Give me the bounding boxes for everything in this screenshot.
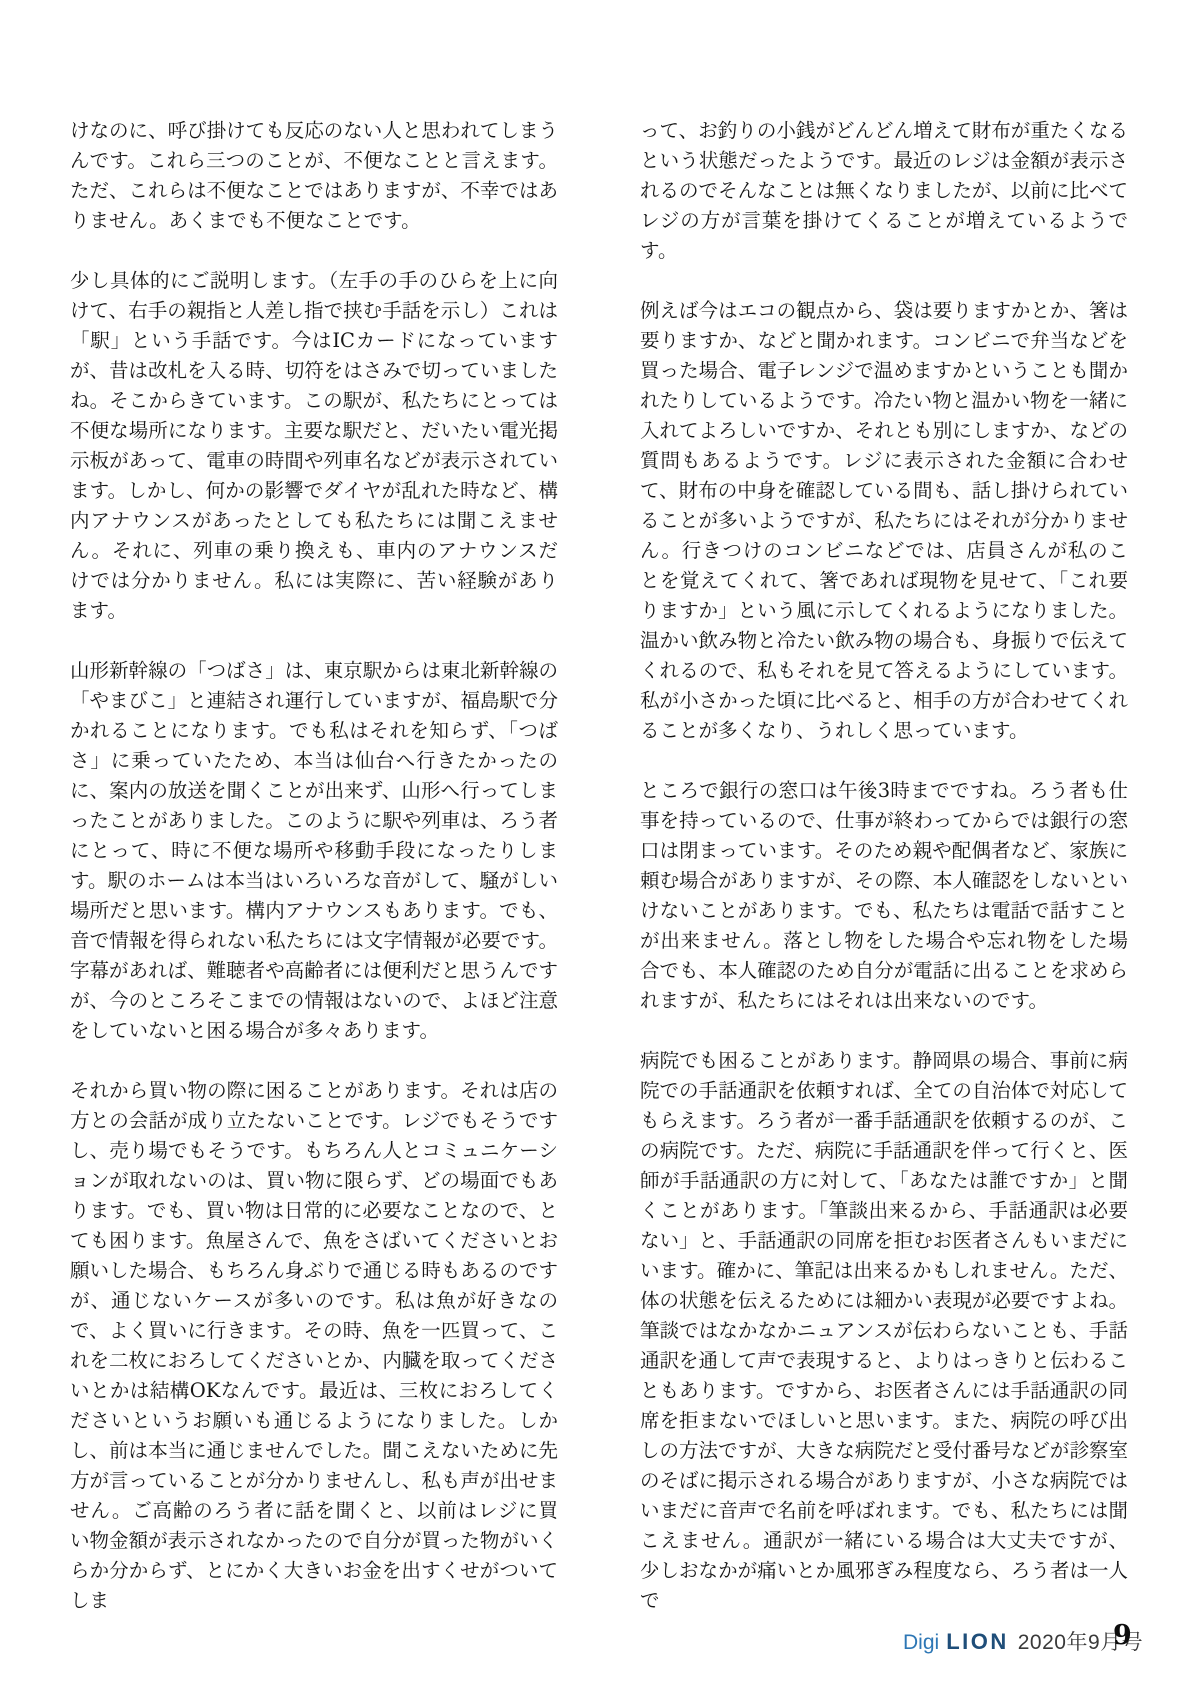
page-number: 9 [1113, 1620, 1153, 1651]
paragraph: ところで銀行の窓口は午後3時までですね。ろう者も仕事を持っているので、仕事が終わ… [640, 776, 1128, 1016]
paragraph: 少し具体的にご説明します。（左手の手のひらを上に向けて、右手の親指と人差し指で挟… [70, 266, 558, 626]
text-column-right: って、お釣りの小銭がどんどん増えて財布が重たくなるという状態だったようです。最近… [640, 116, 1128, 1646]
paragraph: って、お釣りの小銭がどんどん増えて財布が重たくなるという状態だったようです。最近… [640, 116, 1128, 266]
paragraph: 山形新幹線の「つばさ」は、東京駅からは東北新幹線の「やまびこ」と連結され運行して… [70, 656, 558, 1046]
paragraph: 病院でも困ることがあります。静岡県の場合、事前に病院での手話通訳を依頼すれば、全… [640, 1046, 1128, 1616]
paragraph: けなのに、呼び掛けても反応のない人と思われてしまうんです。これら三つのことが、不… [70, 116, 558, 236]
brand-lion-label: LION [946, 1629, 1009, 1655]
paragraph: 例えば今はエコの観点から、袋は要りますかとか、箸は要りますか、などと聞かれます。… [640, 296, 1128, 746]
paragraph: それから買い物の際に困ることがあります。それは店の方との会話が成り立たないことで… [70, 1076, 558, 1616]
page-footer: Digi LION 2020年9月号 9 [0, 1618, 1200, 1662]
document-page: けなのに、呼び掛けても反応のない人と思われてしまうんです。これら三つのことが、不… [0, 0, 1200, 1696]
brand-digi-label: Digi [903, 1631, 939, 1655]
text-column-left: けなのに、呼び掛けても反応のない人と思われてしまうんです。これら三つのことが、不… [70, 116, 558, 1646]
footer-brand: Digi LION 2020年9月号 [903, 1626, 1143, 1656]
